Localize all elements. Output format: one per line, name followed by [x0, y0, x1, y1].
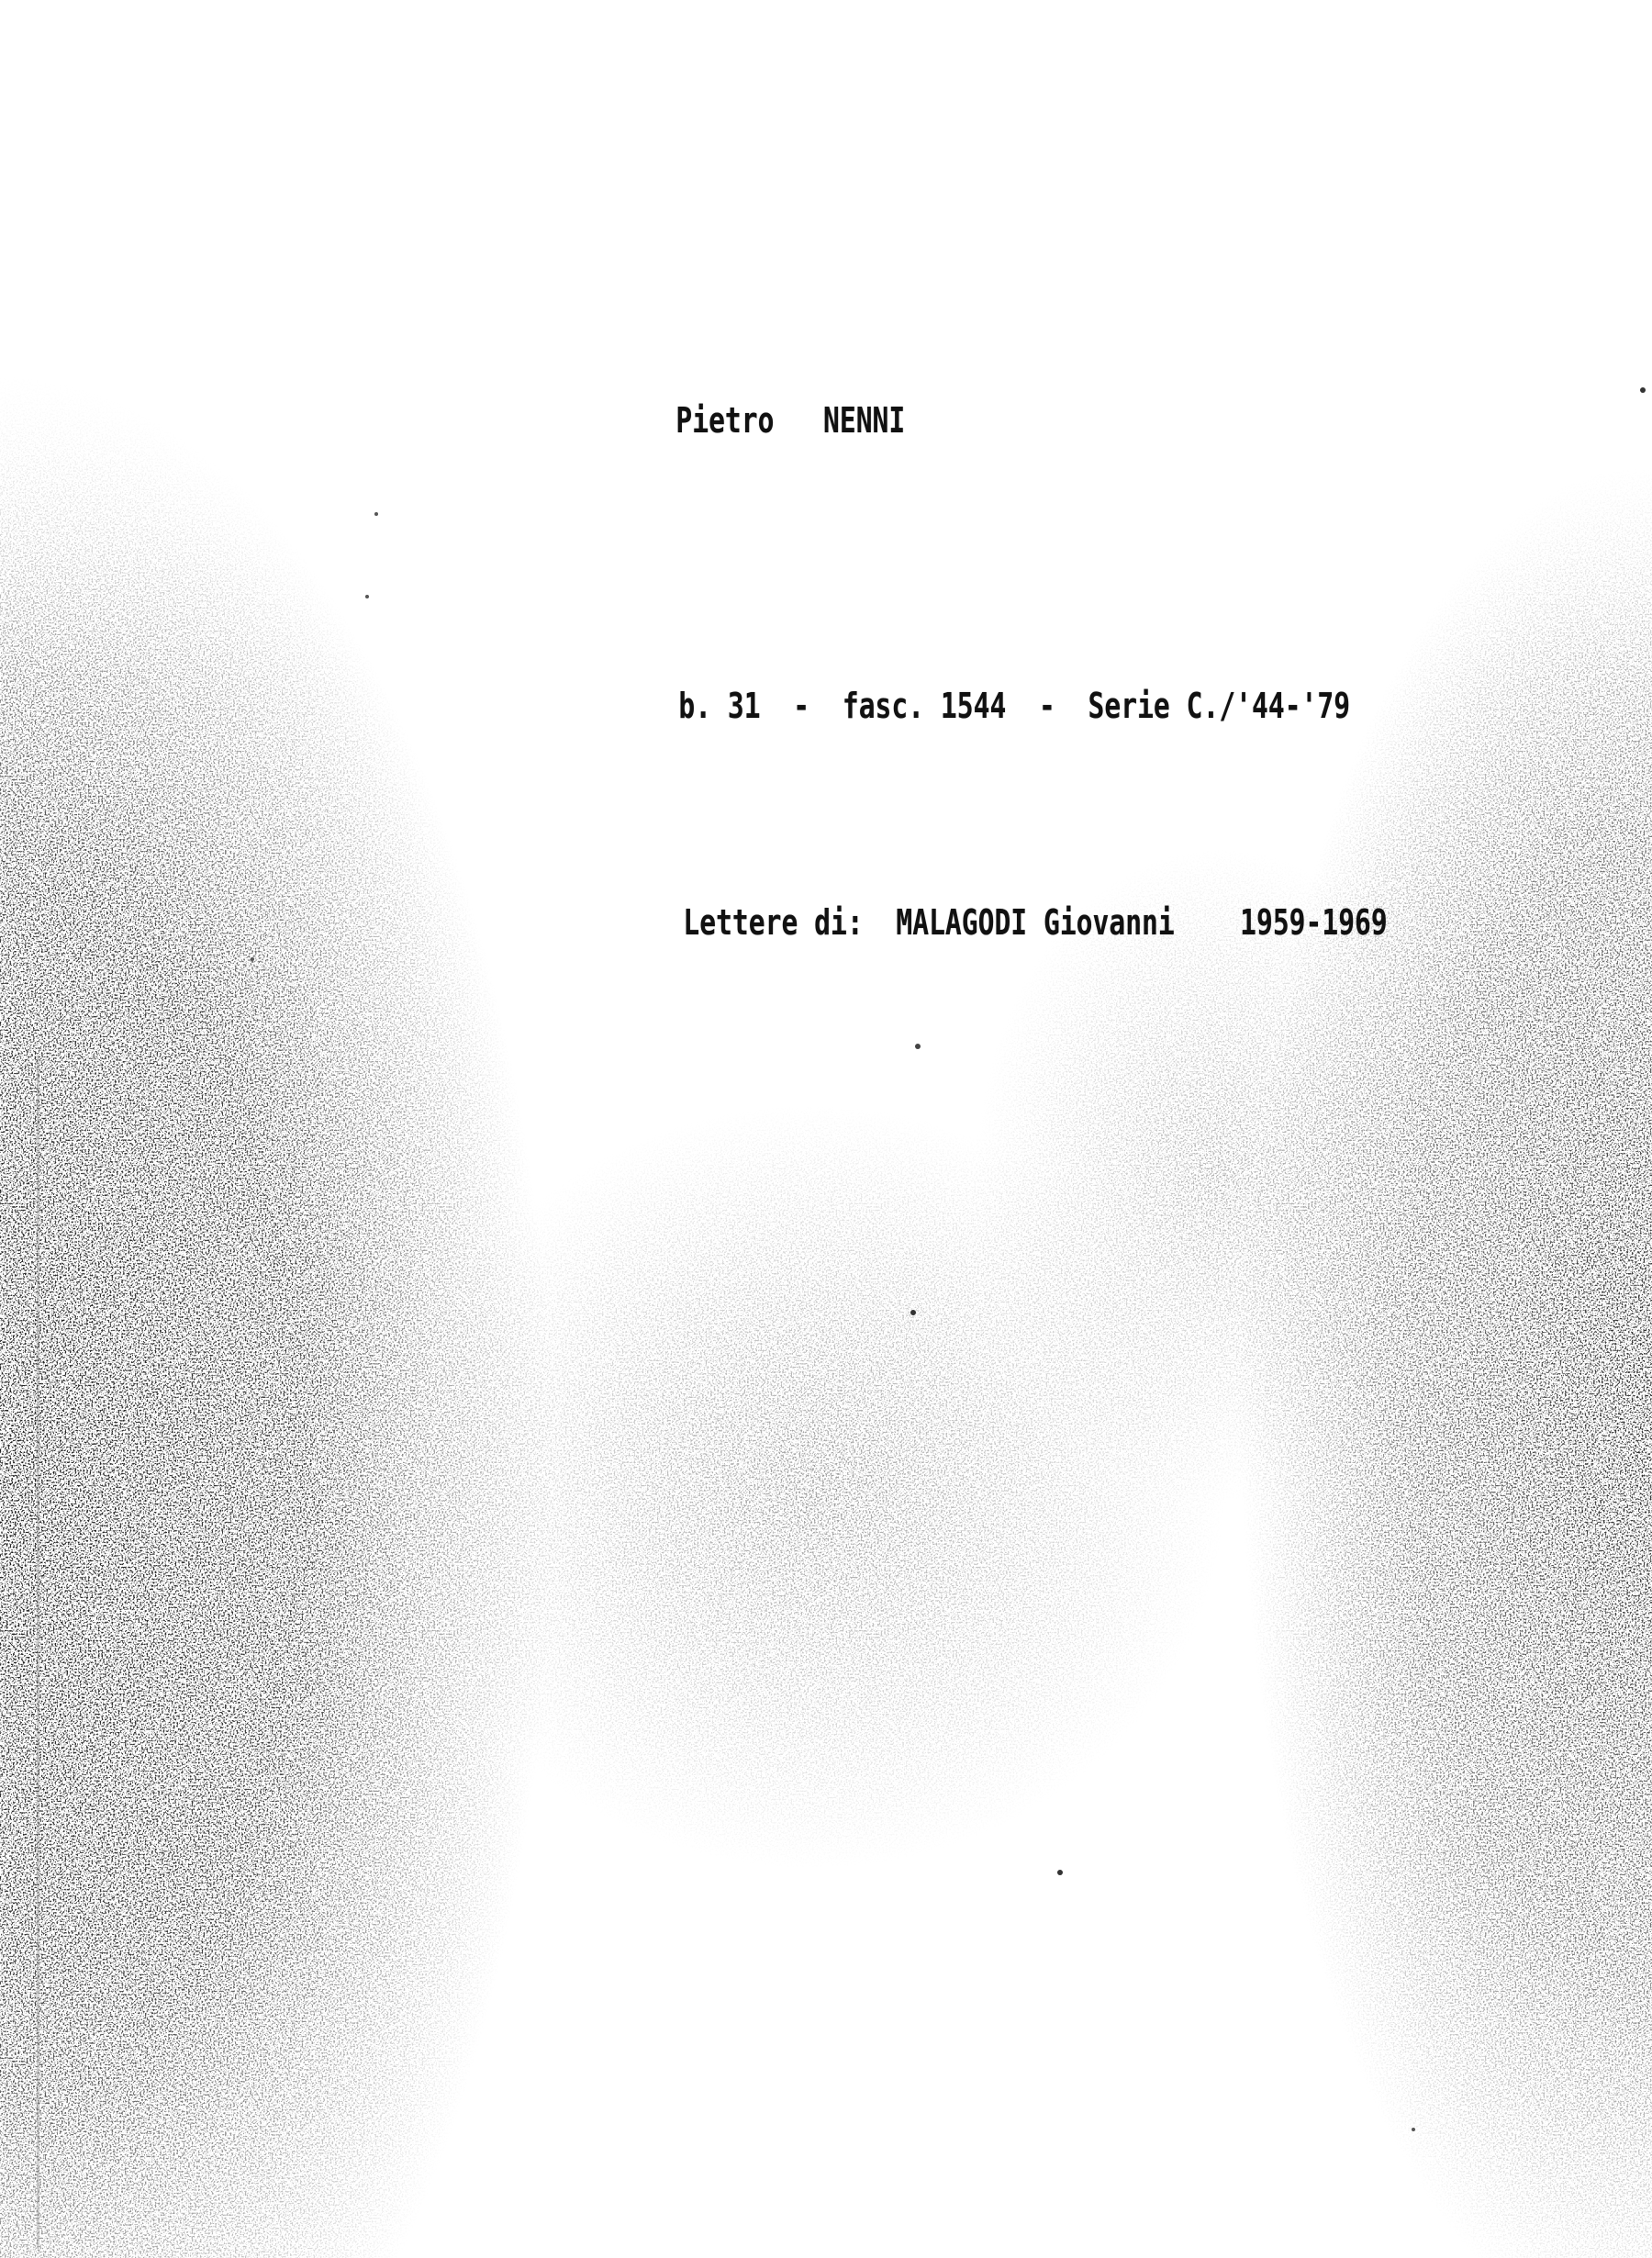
header-name-line: Pietro NENNI	[610, 360, 905, 481]
correspondence-label: Lettere di:	[683, 902, 863, 943]
first-name: Pietro	[675, 400, 774, 441]
fascicolo-number: fasc. 1544	[843, 686, 1006, 726]
correspondent-name: MALAGODI Giovanni	[896, 902, 1174, 943]
separator: -	[793, 686, 809, 726]
date-range: 1959-1969	[1240, 902, 1388, 943]
series-label: Serie C./'44-'79	[1088, 686, 1351, 726]
surname: NENNI	[823, 400, 905, 441]
archival-cover-sheet: Pietro NENNI b. 31 - fasc. 1544 - Serie …	[0, 0, 1652, 2258]
archive-reference-line: b. 31 - fasc. 1544 - Serie C./'44-'79	[613, 645, 1350, 766]
photocopy-noise-texture	[0, 0, 1652, 2258]
separator: -	[1039, 686, 1055, 726]
correspondence-line: Lettere di: MALAGODI Giovanni 1959-1969	[618, 862, 1388, 983]
busta-number: b. 31	[678, 686, 760, 726]
